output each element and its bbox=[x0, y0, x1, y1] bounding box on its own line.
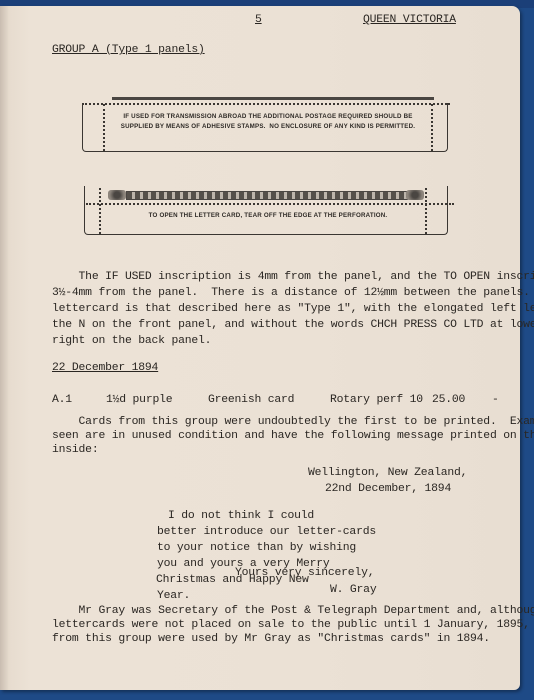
perforation: Rotary perf 10 bbox=[330, 392, 423, 408]
price-unused: 25.00 bbox=[432, 392, 465, 408]
perforation-column-left bbox=[99, 188, 101, 234]
description-line: 3½-4mm from the panel. There is a distan… bbox=[52, 285, 534, 301]
letter-date: 22nd December, 1894 bbox=[325, 481, 451, 497]
letter-body-line: I do not think I could bbox=[168, 508, 314, 524]
description-line: The IF USED inscription is 4mm from the … bbox=[52, 269, 534, 285]
catalogue-number: A.1 bbox=[52, 392, 72, 408]
intro-line: inside: bbox=[52, 442, 98, 458]
card-type: Greenish card bbox=[208, 392, 294, 408]
panel-inscription-line2: SUPPLIED BY MEANS OF ADHESIVE STAMPS. NO… bbox=[108, 122, 428, 132]
issue-date-heading: 22 December 1894 bbox=[52, 360, 158, 376]
letter-place: Wellington, New Zealand, bbox=[308, 465, 467, 481]
stamp-value: 1½d purple bbox=[106, 392, 172, 408]
page-number: 5 bbox=[255, 12, 262, 28]
price-used: - bbox=[492, 392, 499, 408]
perforation-column-left bbox=[103, 104, 105, 151]
description-line: lettercard is that described here as "Ty… bbox=[52, 301, 534, 317]
letter-body-line: Year. bbox=[157, 588, 190, 604]
description-line: the N on the front panel, and without th… bbox=[52, 317, 534, 333]
closing-line: from this group were used by Mr Gray as … bbox=[52, 631, 490, 647]
letter-signature: W. Gray bbox=[330, 582, 376, 598]
panel-top-rule bbox=[112, 97, 434, 100]
intro-line: seen are in unused condition and have th… bbox=[52, 428, 534, 444]
binding-edge bbox=[0, 6, 8, 690]
panel-inscription-line1: IF USED FOR TRANSMISSION ABROAD THE ADDI… bbox=[108, 112, 428, 122]
description-line: right on the back panel. bbox=[52, 333, 211, 349]
letter-body-line: to your notice than by wishing bbox=[157, 540, 356, 556]
running-head: QUEEN VICTORIA bbox=[363, 12, 456, 28]
panel-inscription: TO OPEN THE LETTER CARD, TEAR OFF THE ED… bbox=[108, 211, 428, 221]
letter-closing: Yours very sincerely, bbox=[235, 565, 374, 581]
perforation-column-right bbox=[431, 104, 433, 151]
letter-body-line: better introduce our letter-cards bbox=[157, 524, 376, 540]
group-heading: GROUP A (Type 1 panels) bbox=[52, 42, 205, 58]
